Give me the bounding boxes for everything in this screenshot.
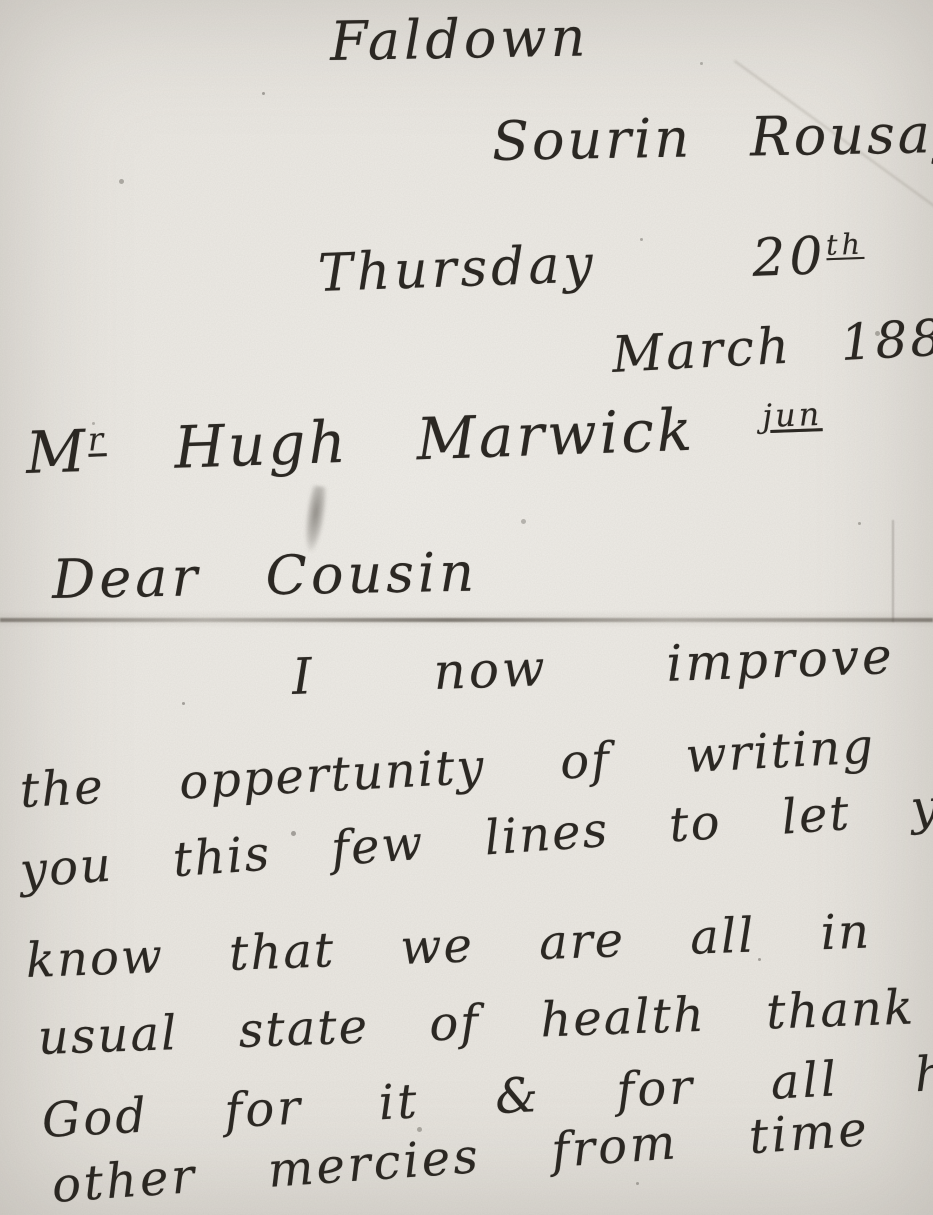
place-line-1: Faldown bbox=[329, 7, 589, 71]
date-line: Thursday 20th bbox=[317, 227, 865, 303]
date-ordinal-suffix: th bbox=[825, 227, 864, 262]
vertical-crease bbox=[892, 520, 894, 622]
recipient-name-suffix: jun bbox=[762, 395, 823, 435]
recipient-title-suffix: r bbox=[87, 420, 107, 459]
letter-scan: Faldown Sourin Rousay Thursday 20th Marc… bbox=[0, 0, 933, 1215]
place-line-1-text: Faldown bbox=[329, 5, 589, 73]
place-line-2-text: Sourin Rousay bbox=[491, 102, 933, 173]
body-line-4: know that we are all in our bbox=[25, 900, 933, 988]
recipient-line: Mr Hugh Marwick jun bbox=[25, 394, 824, 486]
horizontal-fold-crease bbox=[0, 618, 933, 622]
body-line-5: usual state of health thank bbox=[37, 981, 916, 1064]
month-year-text: March 1884 bbox=[610, 307, 933, 384]
salutation-text: Dear Cousin bbox=[51, 541, 478, 611]
body-line-1-text: I now improve bbox=[291, 627, 896, 706]
body-line-5-text: usual state of health thank bbox=[37, 979, 916, 1066]
month-year-line: March 1884 bbox=[611, 309, 933, 383]
recipient-title: M bbox=[25, 417, 90, 487]
body-line-4-text: know that we are all in our bbox=[25, 898, 933, 989]
recipient-name: Hugh Marwick bbox=[105, 393, 763, 484]
date-day-text: Thursday 20 bbox=[317, 226, 828, 304]
paper-specks bbox=[0, 0, 3, 3]
salutation-line: Dear Cousin bbox=[51, 543, 478, 610]
body-line-1: I now improve bbox=[291, 629, 895, 705]
place-line-2: Sourin Rousay bbox=[491, 104, 933, 172]
